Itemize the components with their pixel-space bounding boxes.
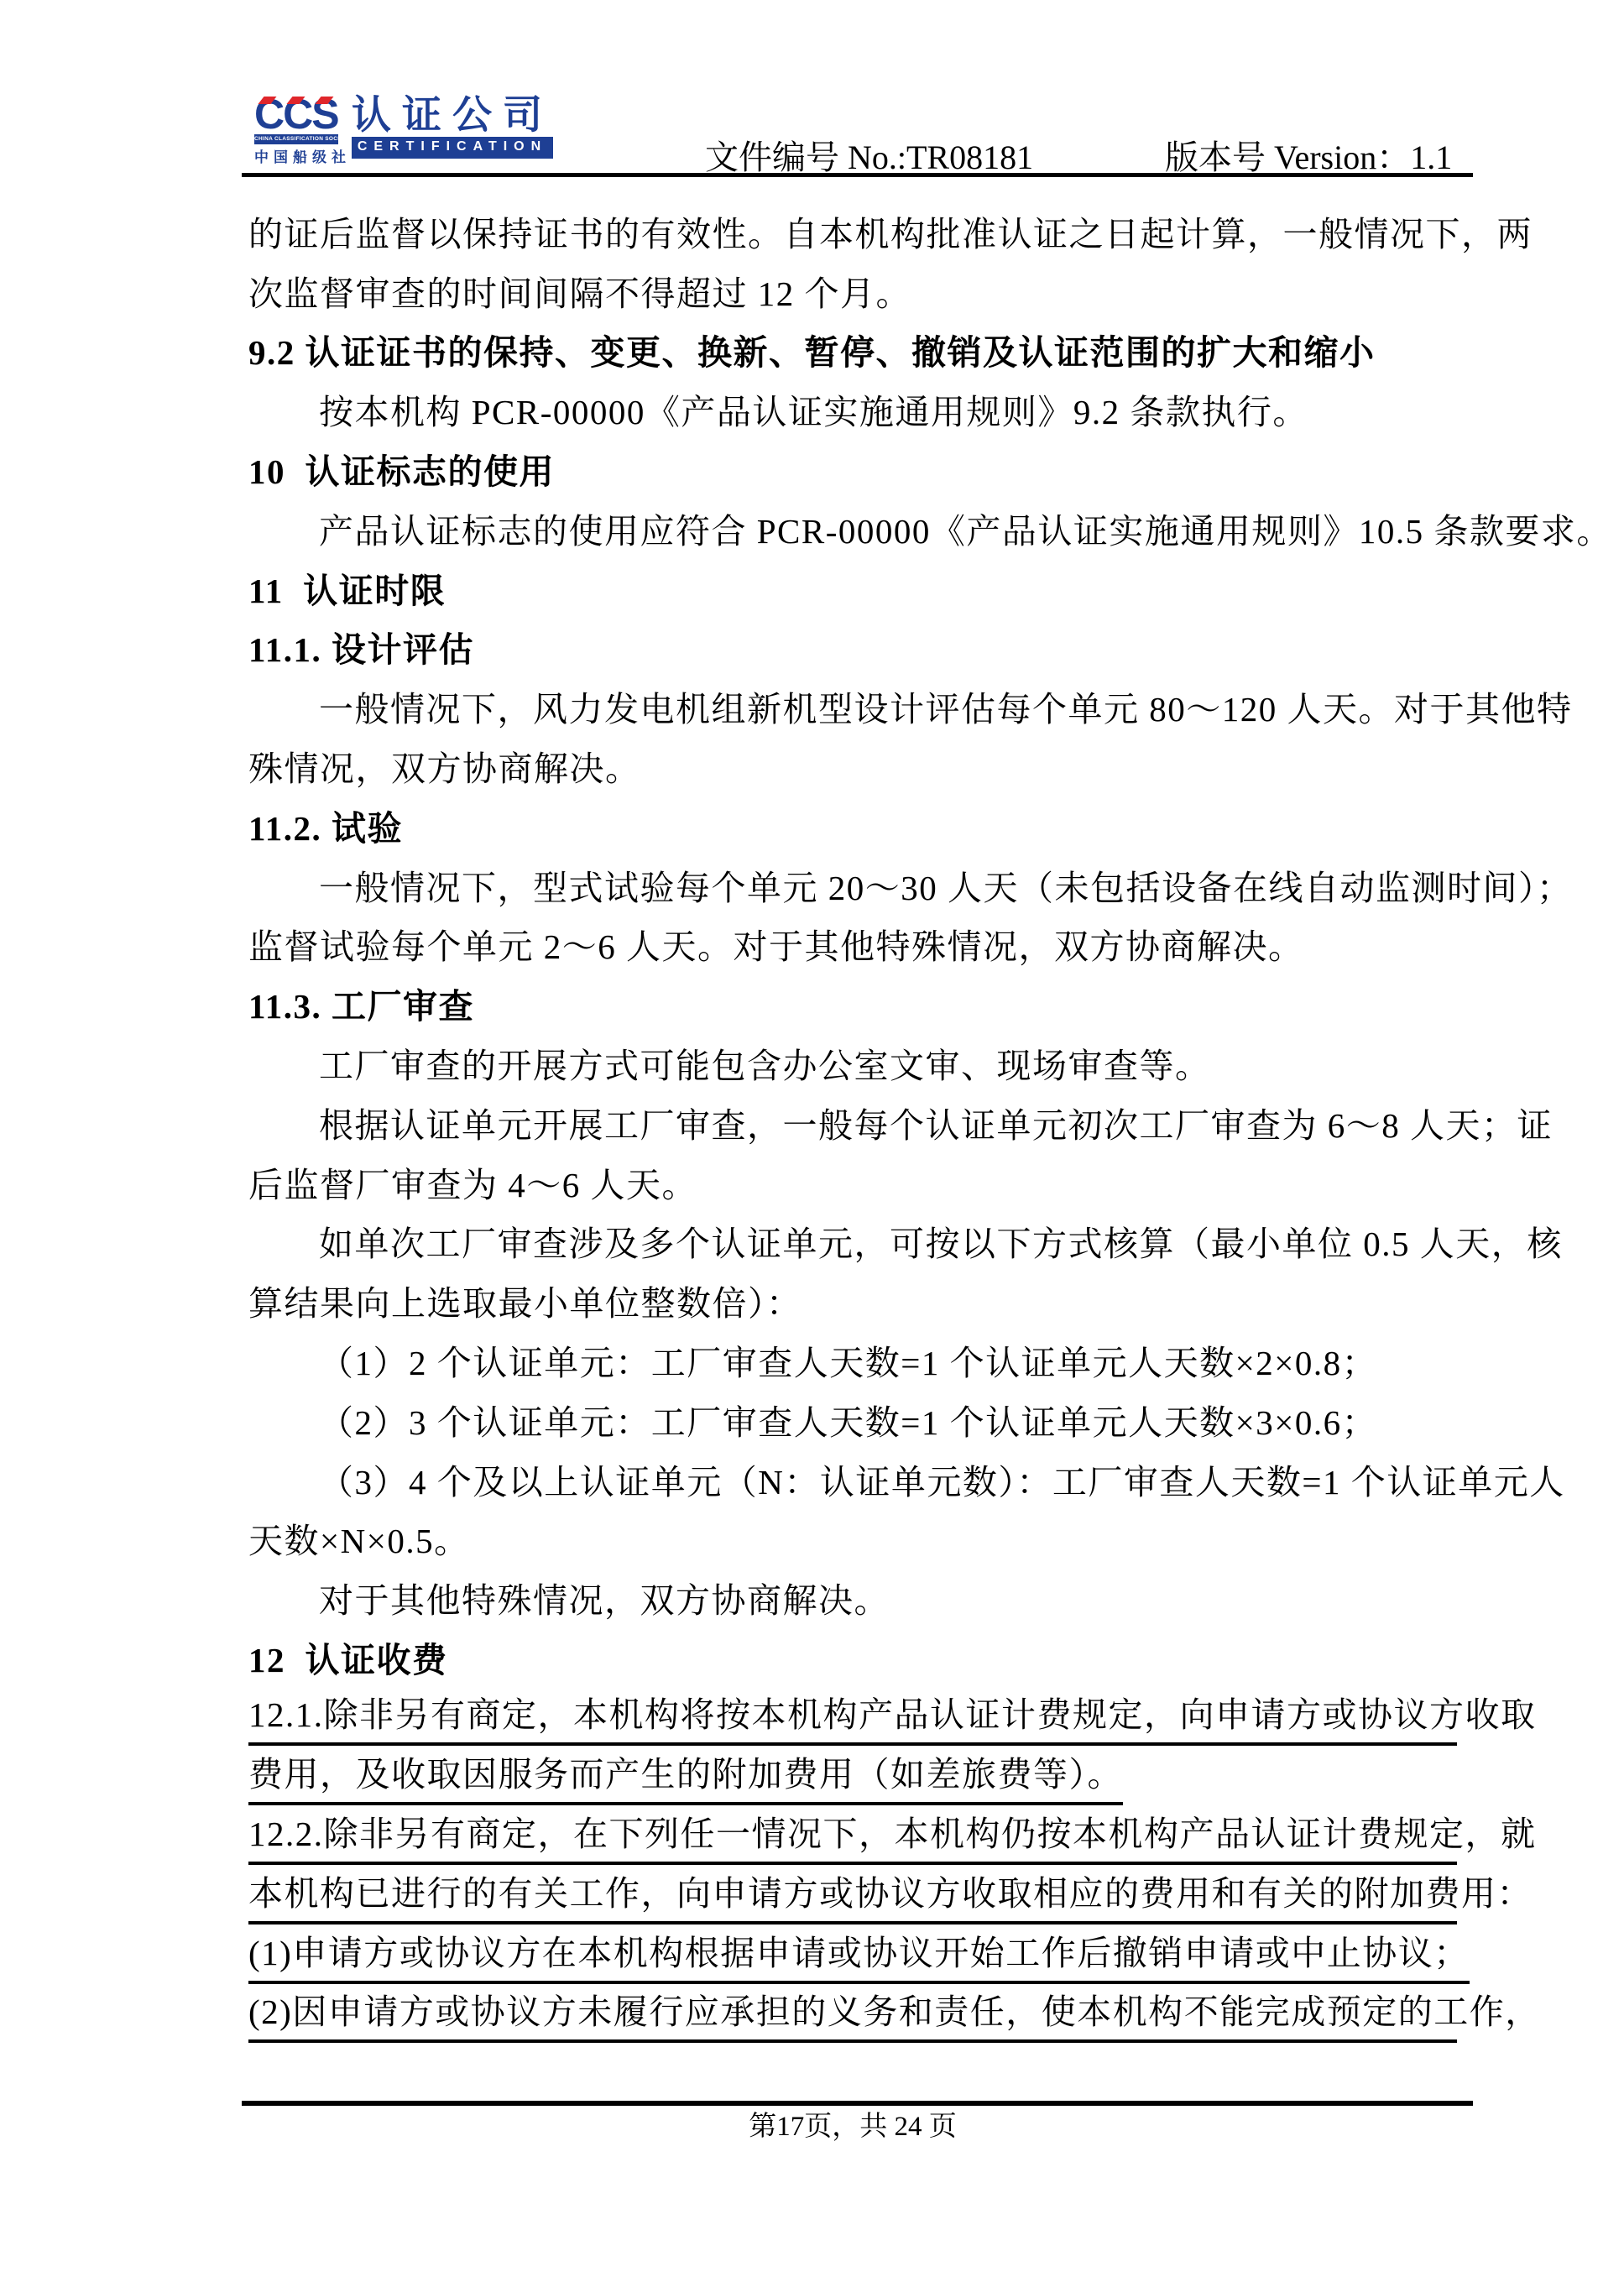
division-name-cn: 认证公司 (352, 96, 553, 134)
body-line: 12.1.除非另有商定，本机构将按本机构产品认证计费规定，向申请方或协议方收取 (248, 1687, 1457, 1747)
body-line: 工厂审查的开展方式可能包含办公室文审、现场审查等。 (248, 1033, 1457, 1093)
body-line: 一般情况下，型式试验每个单元 20～30 人天（未包括设备在线自动监测时间）； (248, 855, 1457, 915)
header-divider (242, 173, 1473, 177)
body-line: 9.2 认证证书的保持、变更、换新、暂停、撤销及认证范围的扩大和缩小 (248, 321, 1457, 380)
body-line: （3）4 个及以上认证单元（N：认证单元数）：工厂审查人天数=1 个认证单元人 (248, 1449, 1457, 1509)
body-line: 费用，及收取因服务而产生的附加费用（如差旅费等）。 (248, 1747, 1457, 1806)
body-line: 按本机构 PCR-00000《产品认证实施通用规则》9.2 条款执行。 (248, 379, 1457, 439)
document-page: CCS CHINA CLASSIFICATION SOCIETY 中国船级社 认… (0, 0, 1624, 2277)
body-line: 监督试验每个单元 2～6 人天。对于其他特殊情况，双方协商解决。 (248, 915, 1457, 974)
body-line: 的证后监督以保持证书的有效性。自本机构批准认证之日起计算，一般情况下，两 (248, 201, 1457, 261)
company-logo: CCS CHINA CLASSIFICATION SOCIETY 中国船级社 认… (254, 96, 553, 166)
body-line: （1）2 个认证单元：工厂审查人天数=1 个认证单元人天数×2×0.8； (248, 1330, 1457, 1390)
body-line: 天数×N×0.5。 (248, 1509, 1457, 1569)
page-number: 第17页，共 24 页 (248, 2110, 1457, 2144)
body-line: 产品认证标志的使用应符合 PCR-00000《产品认证实施通用规则》10.5 条… (248, 499, 1457, 558)
certification-logo-block: 认证公司 CERTIFICATION (352, 96, 553, 159)
body-line: 次监督审查的时间间隔不得超过 12 个月。 (248, 261, 1457, 321)
body-line: 11.1. 设计评估 (248, 618, 1457, 677)
body-line: 对于其他特殊情况，双方协商解决。 (248, 1568, 1457, 1627)
version-label: 版本号 Version：1.1 (1165, 131, 1452, 179)
ccs-subtitle-cn: 中国船级社 (254, 145, 338, 166)
body-line: 后监督厂审查为 4～6 人天。 (248, 1152, 1457, 1212)
body-line: 本机构已进行的有关工作，向申请方或协议方收取相应的费用和有关的附加费用： (248, 1865, 1457, 1924)
body-line: 11 认证时限 (248, 558, 1457, 618)
body-line: 一般情况下，风力发电机组新机型设计评估每个单元 80～120 人天。对于其他特 (248, 676, 1457, 736)
body-line: 根据认证单元开展工厂审查，一般每个认证单元初次工厂审查为 6～8 人天；证 (248, 1093, 1457, 1152)
ccs-wordmark: CCS (254, 96, 338, 133)
division-name-en: CERTIFICATION (352, 137, 553, 159)
ccs-logo-block: CCS CHINA CLASSIFICATION SOCIETY 中国船级社 (254, 96, 338, 166)
body-line: （2）3 个认证单元：工厂审查人天数=1 个认证单元人天数×3×0.6； (248, 1390, 1457, 1449)
body-line: 如单次工厂审查涉及多个认证单元，可按以下方式核算（最小单位 0.5 人天，核 (248, 1212, 1457, 1272)
body-line: (1)申请方或协议方在本机构根据申请或协议开始工作后撤销申请或中止协议； (248, 1924, 1457, 1984)
body-line: 殊情况，双方协商解决。 (248, 736, 1457, 796)
body-line: 11.2. 试验 (248, 796, 1457, 855)
document-body: 的证后监督以保持证书的有效性。自本机构批准认证之日起计算，一般情况下，两次监督审… (248, 201, 1457, 2044)
document-number-label: 文件编号 No.:TR08181 (705, 131, 1033, 179)
body-line: 10 认证标志的使用 (248, 439, 1457, 499)
body-line: 12.2.除非另有商定，在下列任一情况下，本机构仍按本机构产品认证计费规定，就 (248, 1806, 1457, 1866)
footer-divider (242, 2101, 1473, 2106)
body-line: (2)因申请方或协议方未履行应承担的义务和责任，使本机构不能完成预定的工作， (248, 1984, 1457, 2044)
body-line: 11.3. 工厂审查 (248, 974, 1457, 1033)
body-line: 12 认证收费 (248, 1627, 1457, 1687)
body-line: 算结果向上选取最小单位整数倍）： (248, 1271, 1457, 1330)
